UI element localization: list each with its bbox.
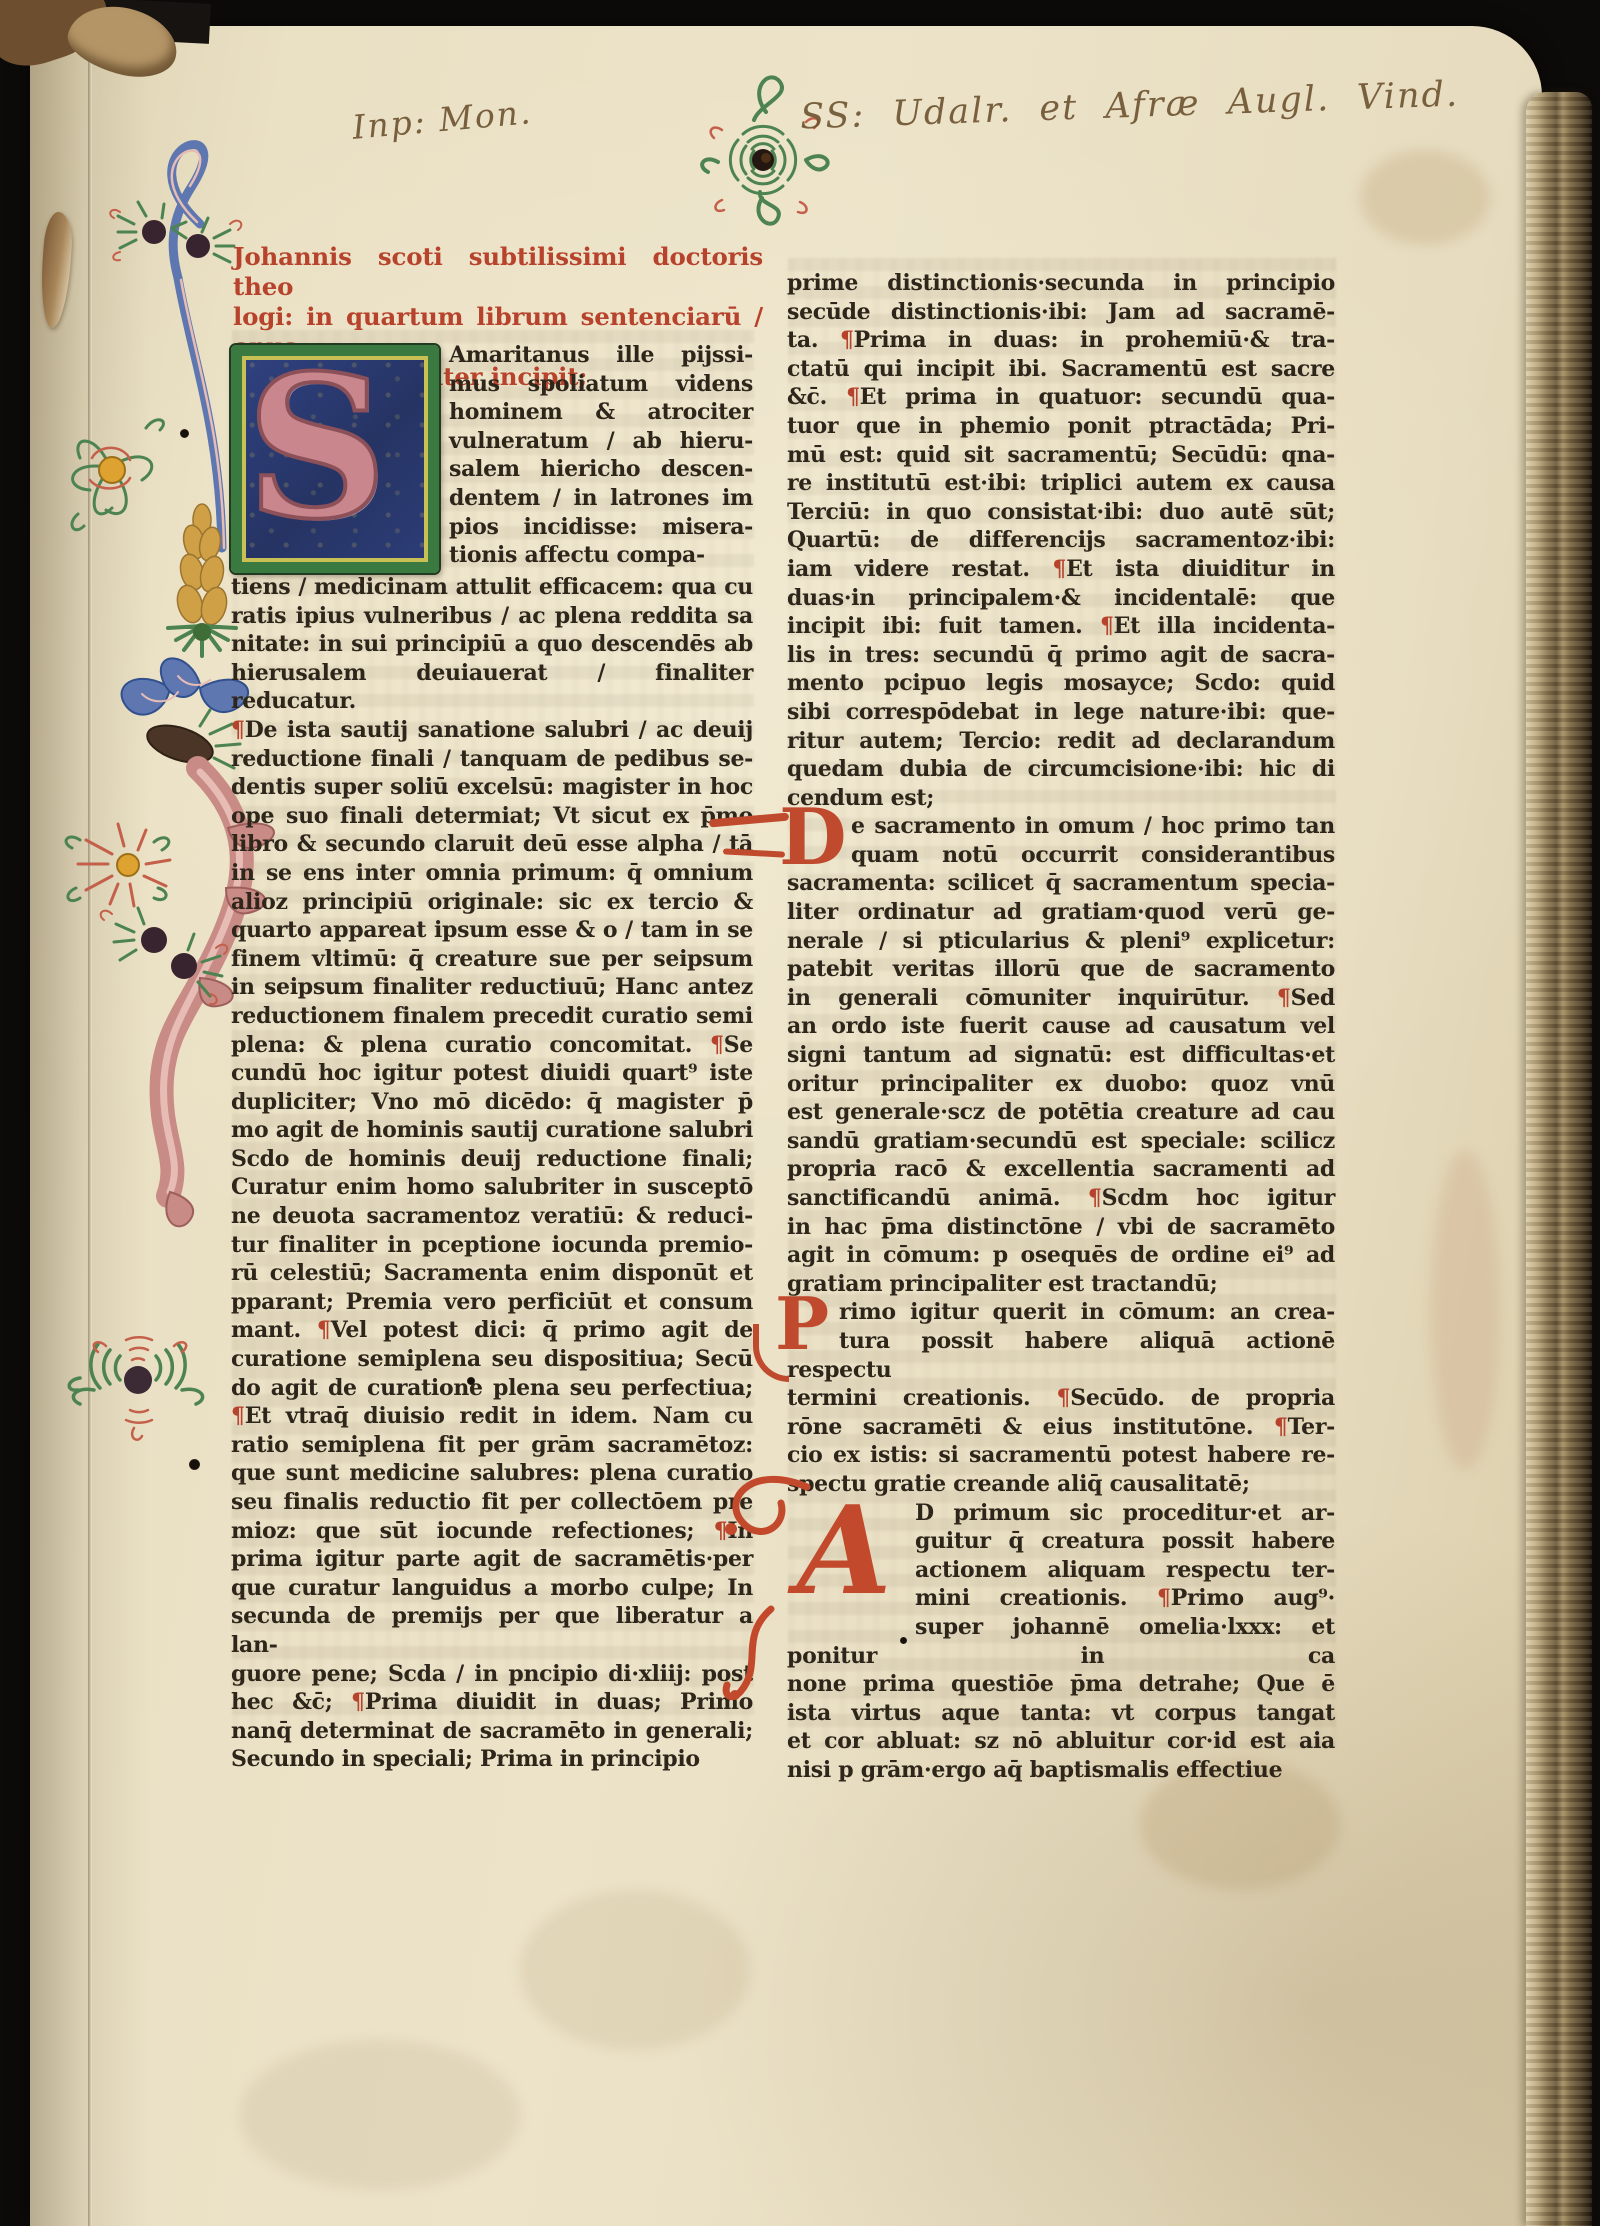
text-line: cundū hoc igitur potest diuidi quart⁹ is… xyxy=(231,1059,753,1088)
text-line: quedam dubia de circumcisione·ibi: hic d… xyxy=(787,755,1335,784)
text-line: ta. ¶Prima in duas: in prohemiū·& tra- xyxy=(787,326,1335,355)
text-line: reductione finali / tanquam de pedibus s… xyxy=(231,745,753,774)
illuminated-initial-S: S xyxy=(231,345,439,573)
text-line: Secundo in speciali; Prima in principio xyxy=(231,1745,753,1774)
text-line: nanq̄ determinat de sacramēto in general… xyxy=(231,1717,753,1746)
text-line: tura possit habere aliquā actionē respec… xyxy=(787,1327,1335,1384)
text-line: ne deuota sacramentoz veratiū: & reduci- xyxy=(231,1202,753,1231)
text-line: mo agit de hominis sautij curatione salu… xyxy=(231,1116,753,1145)
stain xyxy=(1360,150,1490,245)
text-block: tiens / medicinam attulit efficacem: qua… xyxy=(231,573,753,1774)
text-line: gratiam principaliter est tractandū; xyxy=(787,1270,1335,1299)
text-line: rū celestiū; Sacramenta enim disponūt et xyxy=(231,1259,753,1288)
text-line: dupliciter; Vno mō dicēdo: q̄ magister p… xyxy=(231,1088,753,1117)
text-line: none prima questiōe p̄ma detrahe; Que ē xyxy=(787,1670,1335,1699)
text-line: dentis super soliū excelsū: magister in … xyxy=(231,773,753,802)
top-penwork-ornament xyxy=(688,50,838,250)
text-line: signi tantum ad signatū: est difficultas… xyxy=(787,1041,1335,1070)
stain xyxy=(520,1890,750,2050)
manuscript-photo: { "palette": { "background": "#0d0b09", … xyxy=(0,0,1600,2226)
text-block: De sacramento in omum / hoc primo tanqua… xyxy=(787,812,1335,1298)
text-line: cendum est; xyxy=(787,784,1335,813)
text-line: que curatur languidus a morbo culpe; In xyxy=(231,1574,753,1603)
pilcrow-mark: ¶ xyxy=(840,327,854,353)
text-line: mū est: quid sit sacramentū; Secūdū: qna… xyxy=(787,441,1335,470)
pilcrow-mark: ¶ xyxy=(1057,1385,1071,1411)
text-line: sandū gratiam·secundū est speciale: scil… xyxy=(787,1127,1335,1156)
text-line: est generale·scz de potētia creature ad … xyxy=(787,1098,1335,1127)
initial-letter: S xyxy=(246,334,387,562)
text-line: incipit ibi: fuit tamen. ¶Et illa incide… xyxy=(787,612,1335,641)
text-column-left: SAmaritanus ille pijssi-mus spoliatum vi… xyxy=(231,341,753,1774)
pen-flourish xyxy=(711,1459,821,1719)
text-line: hierusalem deuiauerat / finaliter reduca… xyxy=(231,659,753,716)
stain xyxy=(240,2040,520,2190)
text-line: quarto appareat ipsum esse & o / tam in … xyxy=(231,916,753,945)
lombard-initial-A: A xyxy=(787,1499,915,1614)
text-line: oritur principaliter ex duobo: quoz vnū xyxy=(787,1070,1335,1099)
text-line: hec &c̄; ¶Prima diuidit in duas; Primo xyxy=(231,1688,753,1717)
text-line: duas·in principalem·& incidentalē: que xyxy=(787,584,1335,613)
text-line: et cor abluat: sz nō abluitur cor·id est… xyxy=(787,1727,1335,1756)
wormhole xyxy=(189,1459,200,1470)
text-line: Scdo de hominis deuij reductione finali; xyxy=(231,1145,753,1174)
text-line: an ordo iste fuerit cause ad causatum ve… xyxy=(787,1012,1335,1041)
text-line: rimo igitur querit in cōmum: an crea- xyxy=(787,1298,1335,1327)
text-line: ratio semiplena fit per grām sacramētoz: xyxy=(231,1431,753,1460)
text-line: Terciū: in quo consistat·ibi: duo autē s… xyxy=(787,498,1335,527)
text-line: iam videre restat. ¶Et ista diuiditur in xyxy=(787,555,1335,584)
text-line: sacramenta: scilicet q̄ sacramentum spec… xyxy=(787,869,1335,898)
text-line: mant. ¶Vel potest dici: q̄ primo agit de xyxy=(231,1316,753,1345)
pilcrow-mark: ¶ xyxy=(1157,1585,1171,1611)
text-line: do agit de curatione plena seu perfectiu… xyxy=(231,1374,753,1403)
lombard-initial-P: P xyxy=(787,1298,839,1355)
text-line: in generali cōmuniter inquirūtur. ¶Sed xyxy=(787,984,1335,1013)
pilcrow-mark: ¶ xyxy=(1100,613,1114,639)
text-line: ratis ipius vulneribus / ac plena reddit… xyxy=(231,602,753,631)
text-line: guore pene; Scda / in pncipio di·xliij: … xyxy=(231,1660,753,1689)
text-line: sanctificandū animā. ¶Scdm hoc igitur xyxy=(787,1184,1335,1213)
text-line: que sunt medicine salubres: plena curati… xyxy=(231,1459,753,1488)
text-line: prima igitur parte agit de sacramētis·pe… xyxy=(231,1545,753,1574)
pilcrow-mark: ¶ xyxy=(1277,985,1291,1011)
pilcrow-mark: ¶ xyxy=(317,1317,331,1343)
text-line: re institutū est·ibi: triplici autem ex … xyxy=(787,469,1335,498)
text-line: prime distinctionis·secunda in principio xyxy=(787,269,1335,298)
text-line: ritur autem; Tercio: redit ad declarandu… xyxy=(787,727,1335,756)
text-line: lis in tres: secundū q̄ primo agit de sa… xyxy=(787,641,1335,670)
page-edge-stack xyxy=(1526,92,1592,2226)
text-line: ctatū qui incipit ibi. Sacramentū est sa… xyxy=(787,355,1335,384)
text-line: Curatur enim homo salubriter in susceptō xyxy=(231,1173,753,1202)
text-line: patebit veritas illorū que de sacramento xyxy=(787,955,1335,984)
text-line: cio ex istis: si sacramentū potest haber… xyxy=(787,1441,1335,1470)
text-line: mento pcipuo legis mosayce; Scdo: quid xyxy=(787,669,1335,698)
text-line: alioz principiū originale: sic ex tercio… xyxy=(231,888,753,917)
text-line: ista virtus aque tanta: vt corpus tangat xyxy=(787,1699,1335,1728)
lombard-initial-D: D xyxy=(787,812,851,869)
text-line: ope suo finali determiat; Vt sicut ex p̄… xyxy=(231,802,753,831)
text-line: in hac p̄ma distinctōne / vbi de sacramē… xyxy=(787,1213,1335,1242)
text-line: e sacramento in omum / hoc primo tan xyxy=(787,812,1335,841)
bottom-left-sprig xyxy=(69,1337,202,1439)
pilcrow-mark: ¶ xyxy=(1088,1185,1102,1211)
text-line: secunda de premijs per que liberatur a l… xyxy=(231,1602,753,1659)
pilcrow-mark: ¶ xyxy=(231,717,245,743)
text-line: plena: & plena curatio concomitat. ¶Se xyxy=(231,1031,753,1060)
text-line: sibi correspōdebat in lege nature·ibi: q… xyxy=(787,698,1335,727)
text-line: in se ens inter omnia primum: q̄ omnium xyxy=(231,859,753,888)
text-line: tuor que in phemio ponit ptractāda; Pri- xyxy=(787,412,1335,441)
text-line: secūde distinctionis·ibi: Jam ad sacramē… xyxy=(787,298,1335,327)
text-line: tur finaliter in pceptione iocunda premi… xyxy=(231,1231,753,1260)
text-line: agit in cōmum: p osequēs de ordine ei⁹ a… xyxy=(787,1241,1335,1270)
text-line: liter ordinatur ad gratiam·quod verū ge- xyxy=(787,898,1335,927)
spine-headband xyxy=(0,0,190,120)
text-block: prime distinctionis·secunda in principio… xyxy=(787,269,1335,812)
text-column-right: prime distinctionis·secunda in principio… xyxy=(787,269,1335,1784)
text-block: Primo igitur querit in cōmum: an crea-tu… xyxy=(787,1298,1335,1498)
text-line: termini creationis. ¶Secūdo. de propria xyxy=(787,1384,1335,1413)
text-line: seu finalis reductio fit per collectōem … xyxy=(231,1488,753,1517)
text-line: tiens / medicinam attulit efficacem: qua… xyxy=(231,573,753,602)
pilcrow-mark: ¶ xyxy=(1052,556,1066,582)
text-line: rōne sacramēti & eius institutōne. ¶Ter- xyxy=(787,1413,1335,1442)
text-line: ¶Et vtraq̄ diuisio redit in idem. Nam cu xyxy=(231,1402,753,1431)
text-line: propria racō & excellentia sacramenti ad xyxy=(787,1155,1335,1184)
text-line: pparant; Premia vero perficiūt et consum xyxy=(231,1288,753,1317)
text-line: libro & secundo claruit deū esse alpha /… xyxy=(231,830,753,859)
stain xyxy=(1430,1150,1500,1470)
text-line: quam notū occurrit considerantibus xyxy=(787,841,1335,870)
text-line: nerale / si pticularius & pleni⁹ explice… xyxy=(787,927,1335,956)
pilcrow-mark: ¶ xyxy=(1274,1414,1288,1440)
pilcrow-mark: ¶ xyxy=(351,1689,365,1715)
text-line: curatione semiplena seu dispositiua; Sec… xyxy=(231,1345,753,1374)
text-line: nitate: in sui principiū a quo descendēs… xyxy=(231,630,753,659)
text-line: nisi p grām·ergo aq̄ baptismalis effecti… xyxy=(787,1756,1335,1785)
text-block: AD primum sic proceditur·et ar-guitur q̄… xyxy=(787,1499,1335,1785)
text-block: SAmaritanus ille pijssi-mus spoliatum vi… xyxy=(231,341,753,573)
rubric-line: Johannis scoti subtilissimi doctoris the… xyxy=(233,242,763,302)
text-line: mioz: que sūt iocunde refectiones; ¶In xyxy=(231,1517,753,1546)
text-line: &c̄. ¶Et prima in quatuor: secundū qua- xyxy=(787,383,1335,412)
initial-letter: D xyxy=(779,802,846,874)
pilcrow-mark: ¶ xyxy=(710,1032,724,1058)
pilcrow-mark: ¶ xyxy=(846,384,860,410)
text-line: in seipsum finaliter reductiuū; Hanc ant… xyxy=(231,973,753,1002)
text-line: Quartū: de differencijs sacramentoz·ibi: xyxy=(787,526,1335,555)
pilcrow-mark: ¶ xyxy=(231,1403,245,1429)
text-line: ¶De ista sautij sanatione salubri / ac d… xyxy=(231,716,753,745)
text-line: finem vltimū: q̄ creature sue per seipsu… xyxy=(231,945,753,974)
text-line: reductionem finalem precedit curatio sem… xyxy=(231,1002,753,1031)
